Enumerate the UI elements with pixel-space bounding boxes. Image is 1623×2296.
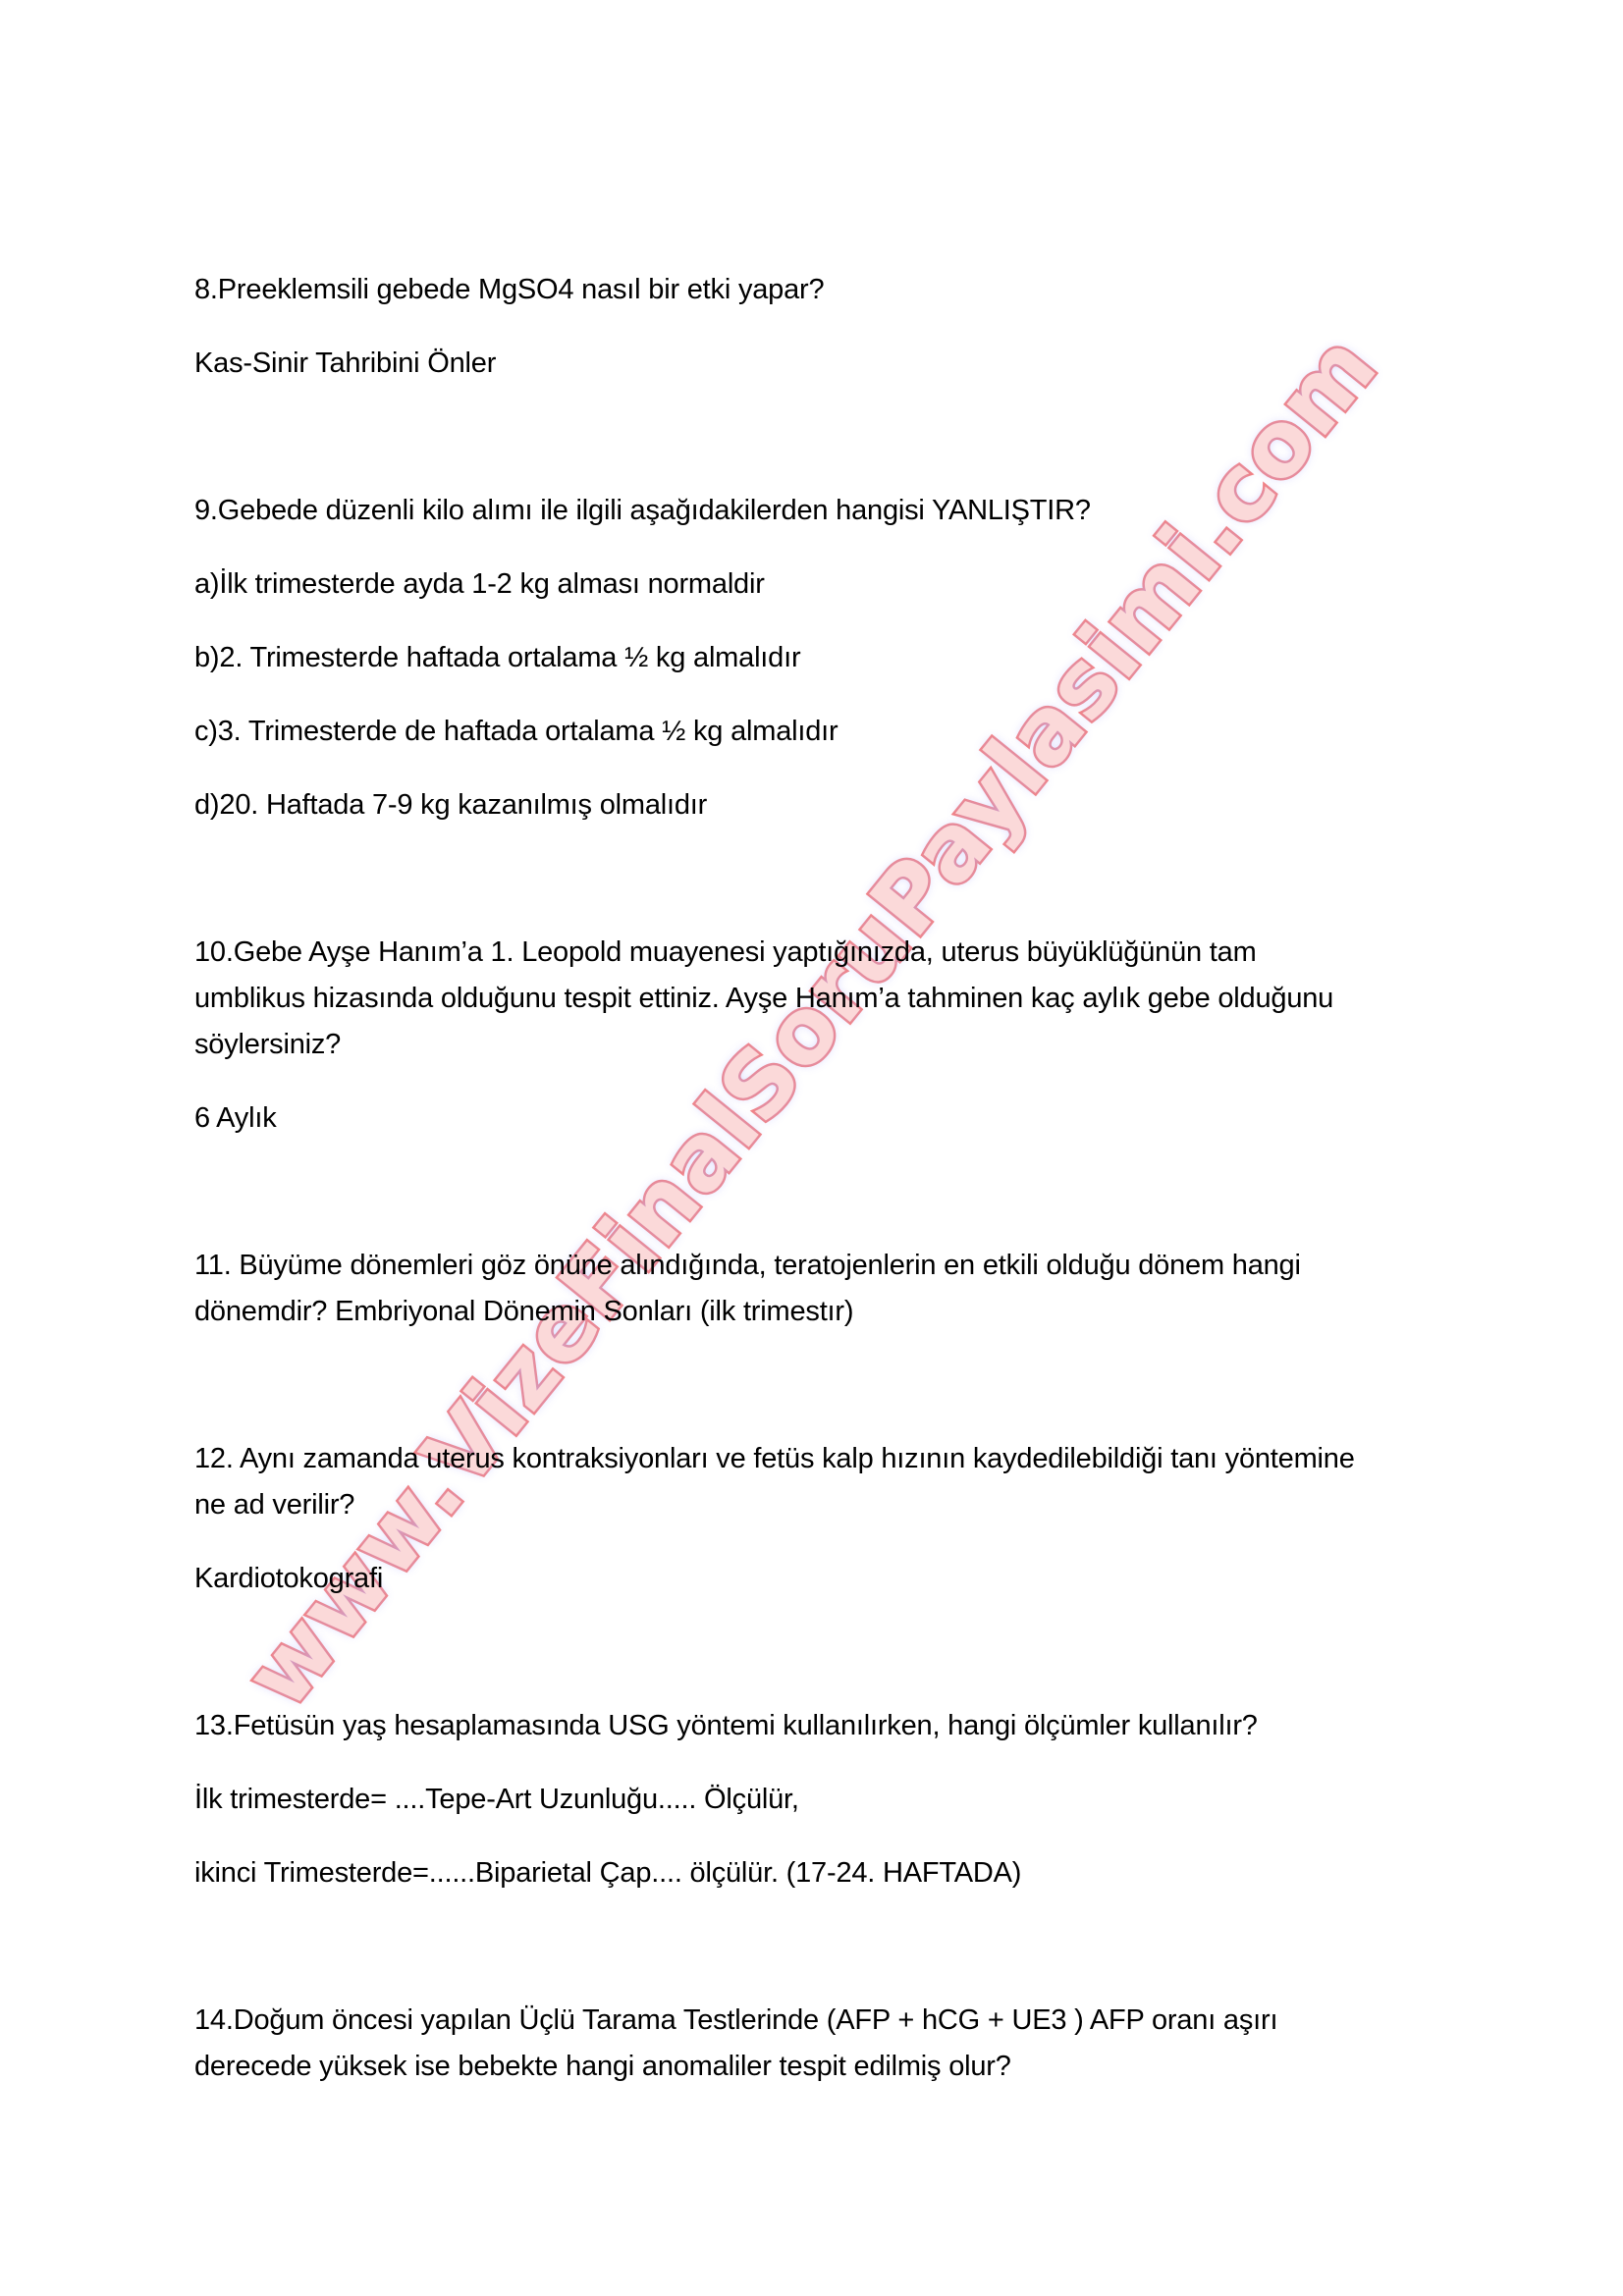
option-9b: b)2. Trimesterde haftada ortalama ½ kg a… bbox=[194, 635, 800, 680]
answer-10: 6 Aylık bbox=[194, 1095, 277, 1141]
question-10-line-3: söylersiniz? bbox=[194, 1022, 341, 1067]
answer-12: Kardiotokografi bbox=[194, 1556, 383, 1601]
question-12-line-1: 12. Aynı zamanda uterus kontraksiyonları… bbox=[194, 1436, 1355, 1481]
question-8: 8.Preeklemsili gebede MgSO4 nasıl bir et… bbox=[194, 267, 824, 312]
question-9: 9.Gebede düzenli kilo alımı ile ilgili a… bbox=[194, 488, 1091, 533]
question-13: 13.Fetüsün yaş hesaplamasında USG yöntem… bbox=[194, 1703, 1258, 1748]
answer-13-first-trimester: İlk trimesterde= ....Tepe-Art Uzunluğu..… bbox=[194, 1777, 799, 1822]
option-9a: a)İlk trimesterde ayda 1-2 kg alması nor… bbox=[194, 561, 765, 607]
answer-13-second-trimester: ikinci Trimesterde=......Biparietal Çap.… bbox=[194, 1850, 1021, 1896]
question-14-line-1: 14.Doğum öncesi yapılan Üçlü Tarama Test… bbox=[194, 1998, 1277, 2043]
question-11-line-2: dönemdir? Embriyonal Dönemin Sonları (il… bbox=[194, 1289, 853, 1334]
document-page: www.VizeFinalSoruPaylasimi.com 8.Preekle… bbox=[0, 0, 1623, 2296]
question-11-line-1: 11. Büyüme dönemleri göz önüne alındığın… bbox=[194, 1243, 1301, 1288]
answer-8: Kas-Sinir Tahribini Önler bbox=[194, 341, 496, 386]
option-9c: c)3. Trimesterde de haftada ortalama ½ k… bbox=[194, 709, 839, 754]
question-10-line-1: 10.Gebe Ayşe Hanım’a 1. Leopold muayenes… bbox=[194, 930, 1257, 975]
question-12-line-2: ne ad verilir? bbox=[194, 1482, 354, 1527]
option-9d: d)20. Haftada 7-9 kg kazanılmış olmalıdı… bbox=[194, 782, 707, 828]
question-10-line-2: umblikus hizasında olduğunu tespit ettin… bbox=[194, 976, 1333, 1021]
question-14-line-2: derecede yüksek ise bebekte hangi anomal… bbox=[194, 2044, 1011, 2089]
